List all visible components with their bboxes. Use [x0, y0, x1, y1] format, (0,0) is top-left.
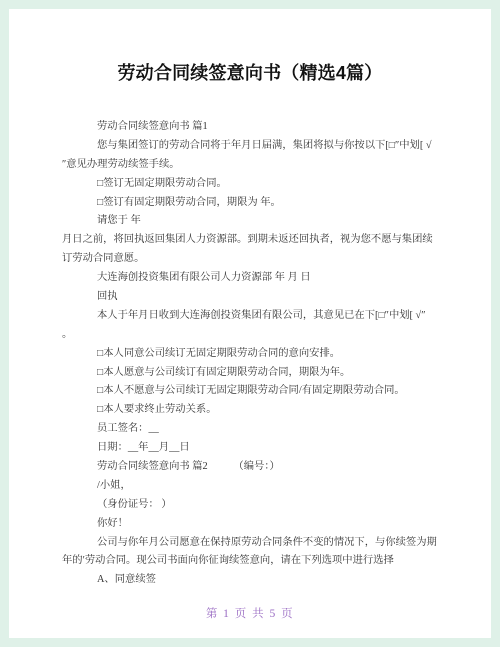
text-line: 月日之前，将回执返回集团人力资源部。到期未返还回执者，视为您不愿与集团续 [62, 231, 471, 250]
text-line: 劳动合同续签意向书 篇1 [62, 118, 471, 137]
text-line: 大连海创投资集团有限公司人力资源部 年 月 日 [62, 269, 471, 288]
text-line: □签订无固定期限劳动合同。 [62, 175, 471, 194]
text-line: 。 [62, 326, 471, 345]
text-line: 你好！ [62, 515, 471, 534]
document-body: 劳动合同续签意向书 篇1您与集团签订的劳动合同将于年月日届满，集团将拟与你按以下… [62, 118, 471, 590]
page-frame: 劳动合同续签意向书（精选4篇） 劳动合同续签意向书 篇1您与集团签订的劳动合同将… [0, 0, 500, 647]
text-line: □本人不愿意与公司续订无固定期限劳动合同/有固定期限劳动合同。 [62, 382, 471, 401]
text-line: 劳动合同续签意向书 篇2 （编号：） [62, 458, 471, 477]
text-line: □本人同意公司续订无固定期限劳动合同的意向安排。 [62, 345, 471, 364]
text-line: ″意见办理劳动续签手续。 [62, 156, 471, 175]
text-line: 请您于 年 [62, 212, 471, 231]
text-line: 公司与你年月公司愿意在保持原劳动合同条件不变的情况下，与你续签为期 [62, 534, 471, 553]
text-line: 订劳动合同意愿。 [62, 250, 471, 269]
document-page: 劳动合同续签意向书（精选4篇） 劳动合同续签意向书 篇1您与集团签订的劳动合同将… [9, 9, 491, 638]
text-line: □本人愿意与公司续订有固定期限劳动合同，期限为年。 [62, 364, 471, 383]
text-line: A、同意续签 [62, 571, 471, 590]
text-line: 日期：__年__月__日 [62, 439, 471, 458]
text-line: □本人要求终止劳动关系。 [62, 401, 471, 420]
text-line: （身份证号： ） [62, 496, 471, 515]
page-number-footer: 第 1 页 共 5 页 [9, 605, 491, 621]
text-line: 您与集团签订的劳动合同将于年月日届满，集团将拟与你按以下[□″中划[ √ [62, 137, 471, 156]
text-line: /小姐， [62, 477, 471, 496]
document-title: 劳动合同续签意向书（精选4篇） [9, 59, 491, 85]
text-line: 回执 [62, 288, 471, 307]
text-line: 本人于年月日收到大连海创投资集团有限公司，其意见已在下[□″中划[ √″ [62, 307, 471, 326]
text-line: 员工签名：__ [62, 420, 471, 439]
text-line: 年的′劳动合同。现公司书面向你征询续签意向，请在下列选项中进行选择 [62, 552, 471, 571]
text-line: □签订有固定期限劳动合同，期限为 年。 [62, 194, 471, 213]
